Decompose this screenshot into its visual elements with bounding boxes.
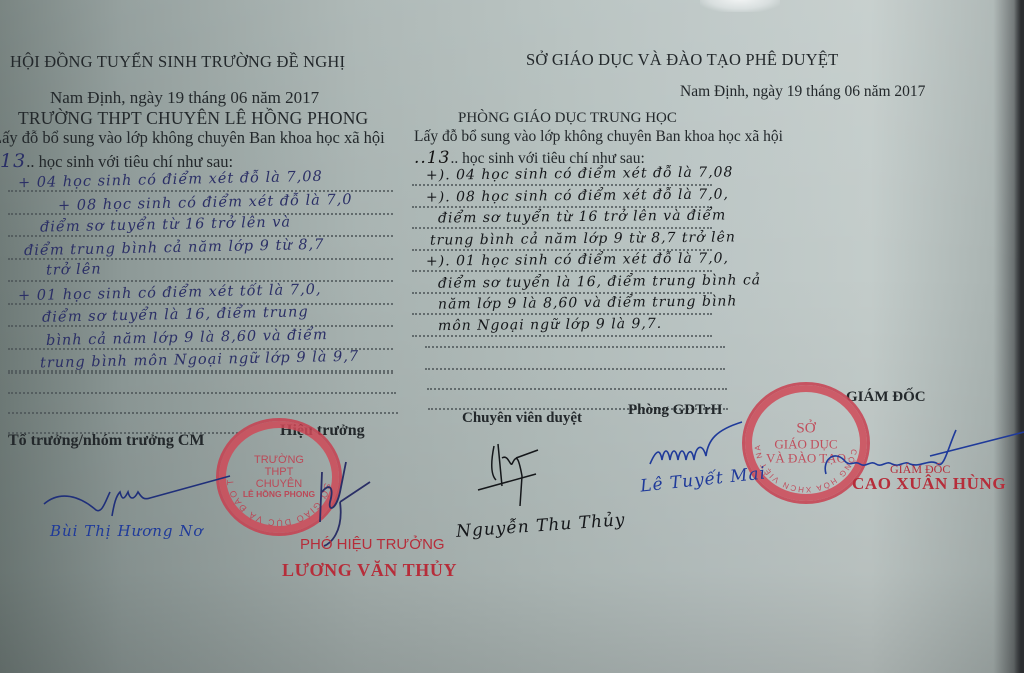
left-date-line: Nam Định, ngày 19 tháng 06 năm 2017 <box>50 88 319 108</box>
dotted-line <box>412 227 712 229</box>
reviewer-label: Chuyên viên duyệt <box>462 410 582 427</box>
dotted-line <box>412 313 712 315</box>
right-intro-line: Lấy đỗ bổ sung vào lớp không chuyên Ban … <box>414 128 783 146</box>
right-blank-line <box>425 346 725 348</box>
dept-signature <box>646 420 756 470</box>
handwritten-line: năm lớp 9 là 8,60 và điểm trung bình <box>438 293 738 312</box>
handwritten-line: điểm sơ tuyển là 16, điểm trung <box>42 304 309 326</box>
paper-edge <box>1014 0 1024 673</box>
dept-label: Phòng GDTrH <box>628 402 722 419</box>
right-count-suffix: .. học sinh với tiêu chí như sau: <box>450 150 644 167</box>
left-intro-line: Lấy đỗ bổ sung vào lớp không chuyên Ban … <box>0 128 385 148</box>
right-header: SỞ GIÁO DỤC VÀ ĐÀO TẠO PHÊ DUYỆT <box>526 50 838 70</box>
dotted-line <box>8 280 393 282</box>
left-header: HỘI ĐỒNG TUYỂN SINH TRƯỜNG ĐỀ NGHỊ <box>10 52 345 72</box>
handwritten-line: +). 04 học sinh có điểm xét đỗ là 7,08 <box>426 164 734 183</box>
group-leader-label: Tổ trưởng/nhóm trưởng CM <box>8 432 204 450</box>
director-name: CAO XUÂN HÙNG <box>852 474 1006 494</box>
handwritten-line: môn Ngoại ngữ lớp 9 là 9,7. <box>438 315 662 333</box>
handwritten-line: điểm sơ tuyển từ 16 trở lên và điểm <box>438 207 726 226</box>
group-leader-name: Bùi Thị Hương Nơ <box>50 522 203 540</box>
handwritten-line: điểm sơ tuyển từ 16 trở lên và <box>40 214 291 235</box>
handwritten-line: + 01 học sinh có điểm xét tốt là 7,0, <box>18 281 322 303</box>
left-count-value: 13 <box>0 150 26 172</box>
right-count-value: ..13 <box>414 148 450 168</box>
handwritten-line: + 08 học sinh có điểm xét đỗ là 7,0 <box>58 191 353 213</box>
handwritten-line: bình cả năm lớp 9 là 8,60 và điểm <box>46 327 328 349</box>
principal-name: LƯƠNG VĂN THỦY <box>282 560 457 581</box>
handwritten-line: + 04 học sinh có điểm xét đỗ là 7,08 <box>18 169 323 191</box>
dotted-line <box>8 235 393 237</box>
left-blank-line <box>8 392 396 394</box>
group-leader-signature <box>40 470 270 530</box>
reviewer-name: Nguyễn Thu Thủy <box>456 510 627 542</box>
right-blank-line <box>427 388 727 390</box>
dotted-line <box>412 270 712 272</box>
left-blank-line <box>8 372 393 374</box>
left-count-line: 13.. học sinh với tiêu chí như sau: <box>0 150 233 172</box>
handwritten-line: điểm trung bình cả năm lớp 9 từ 8,7 <box>24 236 325 258</box>
principal-title: PHÓ HIỆU TRƯỞNG <box>300 536 445 553</box>
dotted-line <box>412 335 712 337</box>
right-department: PHÒNG GIÁO DỤC TRUNG HỌC <box>458 110 677 127</box>
left-school-name: TRƯỜNG THPT CHUYÊN LÊ HỒNG PHONG <box>18 108 368 129</box>
left-count-suffix: .. học sinh với tiêu chí như sau: <box>26 152 233 171</box>
paper-tear <box>700 0 780 12</box>
handwritten-line: +). 08 học sinh có điểm xét đỗ là 7,0, <box>426 186 729 205</box>
handwritten-line: điểm sơ tuyển là 16, điểm trung bình cả <box>438 272 761 291</box>
right-blank-line <box>425 368 725 370</box>
handwritten-line: trung bình môn Ngoại ngữ lớp 9 là 9,7 <box>40 349 359 372</box>
handwritten-line: trung bình cả năm lớp 9 từ 8,7 trở lên <box>430 229 736 248</box>
dotted-line <box>412 184 712 186</box>
reviewer-signature <box>476 436 556 506</box>
handwritten-line: +). 01 học sinh có điểm xét đỗ là 7,0, <box>426 250 729 269</box>
left-blank-line <box>8 412 398 414</box>
handwritten-line: trở lên <box>46 261 102 278</box>
right-date-line: Nam Định, ngày 19 tháng 06 năm 2017 <box>680 83 925 101</box>
